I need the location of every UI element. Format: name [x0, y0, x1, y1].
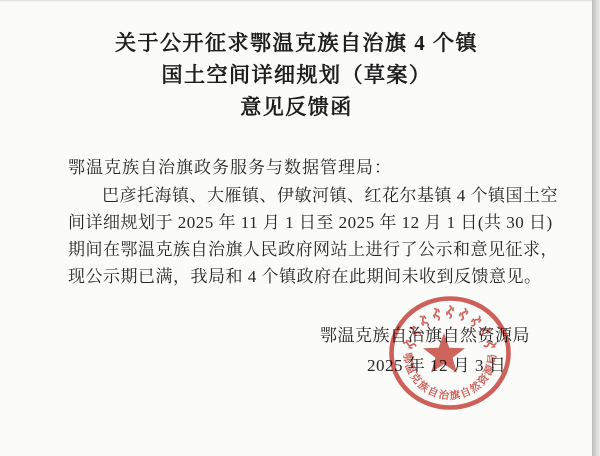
body-line: 间详细规划于 2025 年 11 月 1 日至 2025 年 12 月 1 日(… [68, 209, 530, 236]
body-line: 巴彦托海镇、大雁镇、伊敏河镇、红花尔基镇 4 个镇国土空 [68, 182, 530, 209]
official-seal: 鄂温克族自治旗自然资源局 [386, 294, 516, 414]
star-icon [423, 333, 465, 373]
mongolian-script-marks [403, 306, 496, 349]
body-line: 现公示期已满，我局和 4 个镇政府在此期间未收到反馈意见。 [68, 263, 530, 290]
salutation: 鄂温克族自治旗政务服务与数据管理局： [68, 153, 392, 178]
scan-edge-right [592, 0, 600, 456]
title-line-1: 关于公开征求鄂温克族自治旗 4 个镇 [0, 27, 593, 59]
title-line-3: 意见反馈函 [0, 91, 593, 123]
title-line-2: 国土空间详细规划（草案） [0, 59, 593, 91]
document-page: 关于公开征求鄂温克族自治旗 4 个镇 国土空间详细规划（草案） 意见反馈函 鄂温… [0, 0, 600, 456]
body-line: 期间在鄂温克族自治旗人民政府网站上进行了公示和意见征求， [68, 236, 530, 263]
body-paragraph: 巴彦托海镇、大雁镇、伊敏河镇、红花尔基镇 4 个镇国土空 间详细规划于 2025… [68, 182, 530, 290]
scan-edge-top [0, 0, 600, 2]
document-title: 关于公开征求鄂温克族自治旗 4 个镇 国土空间详细规划（草案） 意见反馈函 [0, 27, 593, 123]
